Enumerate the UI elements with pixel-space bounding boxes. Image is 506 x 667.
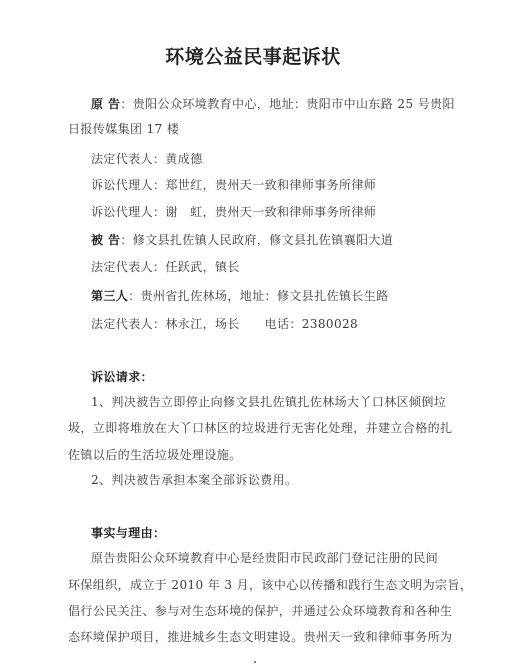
claim-1-line-3: 佐镇以后的生活垃圾处理设施。 xyxy=(68,447,242,463)
third-party-text: ：贵州省扎佐林场，地址：修文县扎佐镇长生路 xyxy=(128,289,388,303)
facts-line-4: 态环境保护项目，推进城乡生态文明建设。贵州天一致和律师事务所为 xyxy=(68,629,452,645)
claim-1-line-2: 圾，立即将堆放在大丫口林区的垃圾进行无害化处理，并建立合格的扎 xyxy=(68,420,452,436)
defendant-text: ：修文县扎佐镇人民政府，修文县扎佐镇襄阳大道 xyxy=(120,233,393,247)
plaintiff-text: ：贵阳公众环境教育中心，地址：贵阳市中山东路 25 号贵阳 xyxy=(120,97,455,111)
facts-line-2: 环保组织，成立于 2010 年 3 月，该中心以传播和践行生态文明为宗旨， xyxy=(68,577,472,593)
claim-2: 2、判决被告承担本案全部诉讼费用。 xyxy=(91,472,297,488)
plaintiff-label: 原 告 xyxy=(91,97,120,111)
third-party-legal-rep: 法定代表人：林永江，场长 电话：2380028 xyxy=(91,316,358,332)
plaintiff-line: 原 告：贵阳公众环境教育中心，地址：贵阳市中山东路 25 号贵阳 xyxy=(91,96,455,112)
third-party-label: 第三人 xyxy=(91,289,128,303)
plaintiff-legal-rep: 法定代表人：黄成德 xyxy=(91,151,203,167)
plaintiff-agent-2: 诉讼代理人：谢 虹，贵州天一致和律师事务所律师 xyxy=(91,204,376,220)
facts-line-1: 原告贵阳公众环境教育中心是经贵阳市民政部门登记注册的民间 xyxy=(91,550,438,566)
claims-heading: 诉讼请求： xyxy=(91,369,153,385)
defendant-legal-rep: 法定代表人：任跃武，镇长 xyxy=(91,259,240,275)
page-marker-dot xyxy=(254,661,256,663)
claim-1-line-1: 1、判决被告立即停止向修文县扎佐镇扎佐林场大丫口林区倾倒垃 xyxy=(91,394,446,410)
facts-heading: 事实与理由： xyxy=(91,525,165,541)
third-party-line: 第三人：贵州省扎佐林场，地址：修文县扎佐镇长生路 xyxy=(91,288,389,304)
plaintiff-address-cont: 日报传媒集团 17 楼 xyxy=(68,121,179,137)
facts-line-3: 倡行公民关注、参与对生态环境的保护，并通过公众环境教育和各种生 xyxy=(68,603,452,619)
defendant-line: 被 告：修文县扎佐镇人民政府，修文县扎佐镇襄阳大道 xyxy=(91,232,393,248)
plaintiff-agent-1: 诉讼代理人：郑世红，贵州天一致和律师事务所律师 xyxy=(91,177,376,193)
document-title: 环境公益民事起诉状 xyxy=(0,42,506,69)
defendant-label: 被 告 xyxy=(91,233,120,247)
